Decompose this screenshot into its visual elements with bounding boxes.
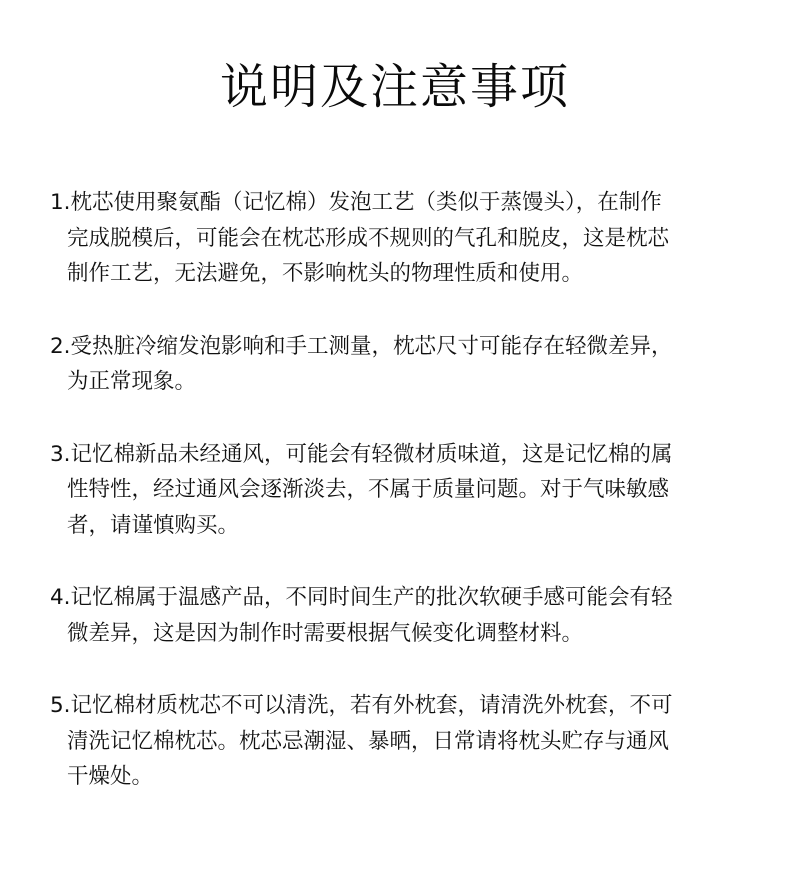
note-4-line-1: 4.记忆棉属于温感产品，不同时间生产的批次软硬手感可能会有轻 — [50, 580, 750, 616]
note-5-line-3: 干燥处。 — [50, 759, 750, 795]
note-5-line-2: 清洗记忆棉枕芯。枕芯忌潮湿、暴晒，日常请将枕头贮存与通风 — [50, 724, 750, 760]
note-3-line-3: 者，请谨慎购买。 — [50, 508, 750, 544]
note-1-line-1: 1.枕芯使用聚氨酯（记忆棉）发泡工艺（类似于蒸馒头），在制作 — [50, 185, 750, 221]
note-item-1: 1.枕芯使用聚氨酯（记忆棉）发泡工艺（类似于蒸馒头），在制作 完成脱模后，可能会… — [50, 185, 750, 292]
note-1-line-2: 完成脱模后，可能会在枕芯形成不规则的气孔和脱皮，这是枕芯 — [50, 221, 750, 257]
note-5-line-1: 5.记忆棉材质枕芯不可以清洗，若有外枕套，请清洗外枕套，不可 — [50, 688, 750, 724]
note-3-line-1: 3.记忆棉新品未经通风，可能会有轻微材质味道，这是记忆棉的属 — [50, 437, 750, 473]
note-3-line-2: 性特性，经过通风会逐渐淡去，不属于质量问题。对于气味敏感 — [50, 472, 750, 508]
note-1-line-3: 制作工艺，无法避免，不影响枕头的物理性质和使用。 — [50, 256, 750, 292]
note-2-line-1: 2.受热脏冷缩发泡影响和手工测量，枕芯尺寸可能存在轻微差异， — [50, 329, 750, 365]
note-item-5: 5.记忆棉材质枕芯不可以清洗，若有外枕套，请清洗外枕套，不可 清洗记忆棉枕芯。枕… — [50, 688, 750, 795]
note-item-4: 4.记忆棉属于温感产品，不同时间生产的批次软硬手感可能会有轻 微差异，这是因为制… — [50, 580, 750, 651]
note-item-2: 2.受热脏冷缩发泡影响和手工测量，枕芯尺寸可能存在轻微差异， 为正常现象。 — [50, 329, 750, 400]
note-2-line-2: 为正常现象。 — [50, 364, 750, 400]
note-item-3: 3.记忆棉新品未经通风，可能会有轻微材质味道，这是记忆棉的属 性特性，经过通风会… — [50, 437, 750, 544]
notes-list: 1.枕芯使用聚氨酯（记忆棉）发泡工艺（类似于蒸馒头），在制作 完成脱模后，可能会… — [50, 185, 750, 832]
page-title: 说明及注意事项 — [0, 55, 790, 119]
note-4-line-2: 微差异，这是因为制作时需要根据气候变化调整材料。 — [50, 616, 750, 652]
